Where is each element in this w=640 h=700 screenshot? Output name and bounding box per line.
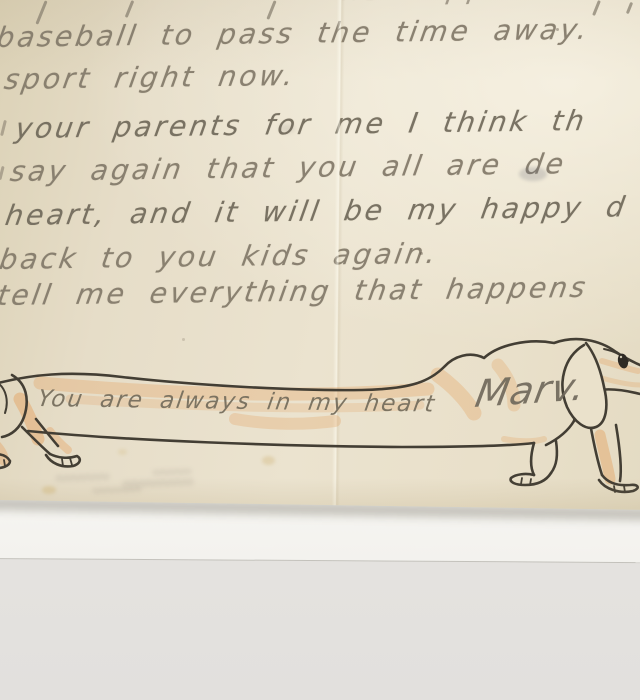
letter-paper: he happ baseball to pass the time away. … bbox=[0, 0, 640, 516]
pen-stroke-fragment bbox=[626, 2, 633, 14]
paper-speck bbox=[420, 252, 423, 255]
pen-stroke-fragment bbox=[125, 0, 135, 18]
paper-speck bbox=[556, 28, 559, 31]
letter-line: heart, and it will be my happy d bbox=[3, 190, 630, 232]
pencil-smudge bbox=[279, 124, 295, 133]
letter-line: baseball to pass the time away. bbox=[0, 13, 592, 54]
paper-stain bbox=[118, 449, 127, 455]
dog-banner-text: You are always in my heart bbox=[36, 386, 438, 418]
pen-stroke-fragment bbox=[0, 166, 5, 180]
dog-eye-glint bbox=[620, 356, 622, 358]
pen-stroke-fragment bbox=[0, 120, 7, 136]
signature: Marv. bbox=[472, 365, 590, 416]
paper-stain bbox=[262, 456, 275, 465]
letter-line: sport right now. bbox=[2, 59, 299, 96]
letter-line: back to you kids again. bbox=[0, 237, 441, 276]
pen-stroke-fragment bbox=[592, 0, 601, 16]
eraser-smudge bbox=[519, 167, 547, 181]
letter-line: your parents for me I think th bbox=[13, 104, 590, 145]
letter-line: tell me everything that happens bbox=[0, 271, 591, 312]
letter-line-cut-top: he happ bbox=[340, 0, 492, 7]
paper-speck bbox=[182, 338, 185, 341]
letter-line: say again that you all are de bbox=[8, 147, 569, 188]
